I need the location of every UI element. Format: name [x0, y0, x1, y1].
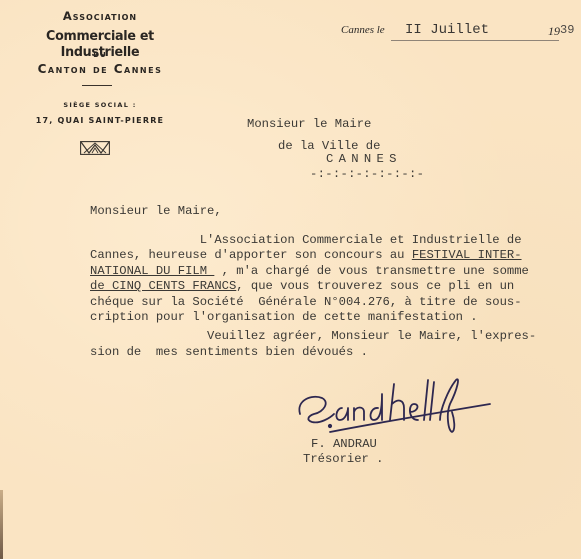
letter-date: Cannes le II Juillet 19 39	[341, 20, 573, 42]
date-fill-line	[391, 40, 559, 41]
underlined-text: de CINQ CENTS FRANCS	[90, 279, 236, 293]
body-text: , que vous trouverez sous ce pli en un	[236, 279, 514, 293]
handwritten-signature-icon	[290, 374, 500, 434]
signatory-title: Trésorier .	[303, 452, 383, 467]
closing-line: sion de mes sentiments bien dévoués .	[90, 345, 536, 361]
letterhead-address: 17, QUAI SAINT-PIERRE	[0, 116, 200, 125]
body-paragraph: L'Association Commerciale et Industriell…	[90, 233, 529, 325]
closing-line: Veuillez agréer, Monsieur le Maire, l'ex…	[90, 329, 536, 345]
body-text: chéque sur la Société Générale N°004.276…	[90, 295, 522, 309]
letterhead-du: DU	[0, 51, 200, 59]
closing-paragraph: Veuillez agréer, Monsieur le Maire, l'ex…	[90, 329, 536, 361]
body-line: de CINQ CENTS FRANCS, que vous trouverez…	[90, 279, 529, 294]
body-line: L'Association Commerciale et Industriell…	[90, 233, 529, 248]
underlined-text: FESTIVAL INTER-	[412, 248, 522, 262]
letterhead-association: Association	[0, 9, 200, 23]
recipient-line-1: Monsieur le Maire	[247, 117, 371, 132]
page-edge-shadow	[0, 490, 3, 559]
letterhead-divider	[82, 85, 112, 86]
underlined-text: NATIONAL DU FILM	[90, 264, 214, 278]
body-line: NATIONAL DU FILM , m'a chargé de vous tr…	[90, 264, 529, 279]
body-line: cription pour l'organisation de cette ma…	[90, 310, 529, 325]
recipient-city: CANNES	[326, 152, 402, 167]
letterhead-canton: Canton de Cannes	[0, 62, 200, 76]
date-year-suffix: 39	[560, 23, 574, 37]
salutation: Monsieur le Maire,	[90, 204, 222, 219]
letterhead-siege-label: SIÈGE SOCIAL :	[0, 101, 200, 109]
date-day-month: II Juillet	[405, 22, 489, 38]
body-text: L'Association Commerciale et Industriell…	[90, 233, 522, 247]
body-text: cription pour l'organisation de cette ma…	[90, 310, 478, 324]
body-line: Cannes, heureuse d'apporter son concours…	[90, 248, 529, 263]
body-line: chéque sur la Société Générale N°004.276…	[90, 295, 529, 310]
monogram-logo-icon	[80, 141, 110, 155]
body-text: Cannes, heureuse d'apporter son concours…	[90, 248, 412, 262]
recipient-ornament: -:-:-:-:-:-:-:-	[310, 167, 424, 182]
date-city-prefix: Cannes le	[341, 24, 385, 36]
body-text: , m'a chargé de vous transmettre une som…	[214, 264, 529, 278]
date-year-prefix: 19	[548, 24, 560, 39]
signatory-name: F. ANDRAU	[311, 437, 377, 452]
